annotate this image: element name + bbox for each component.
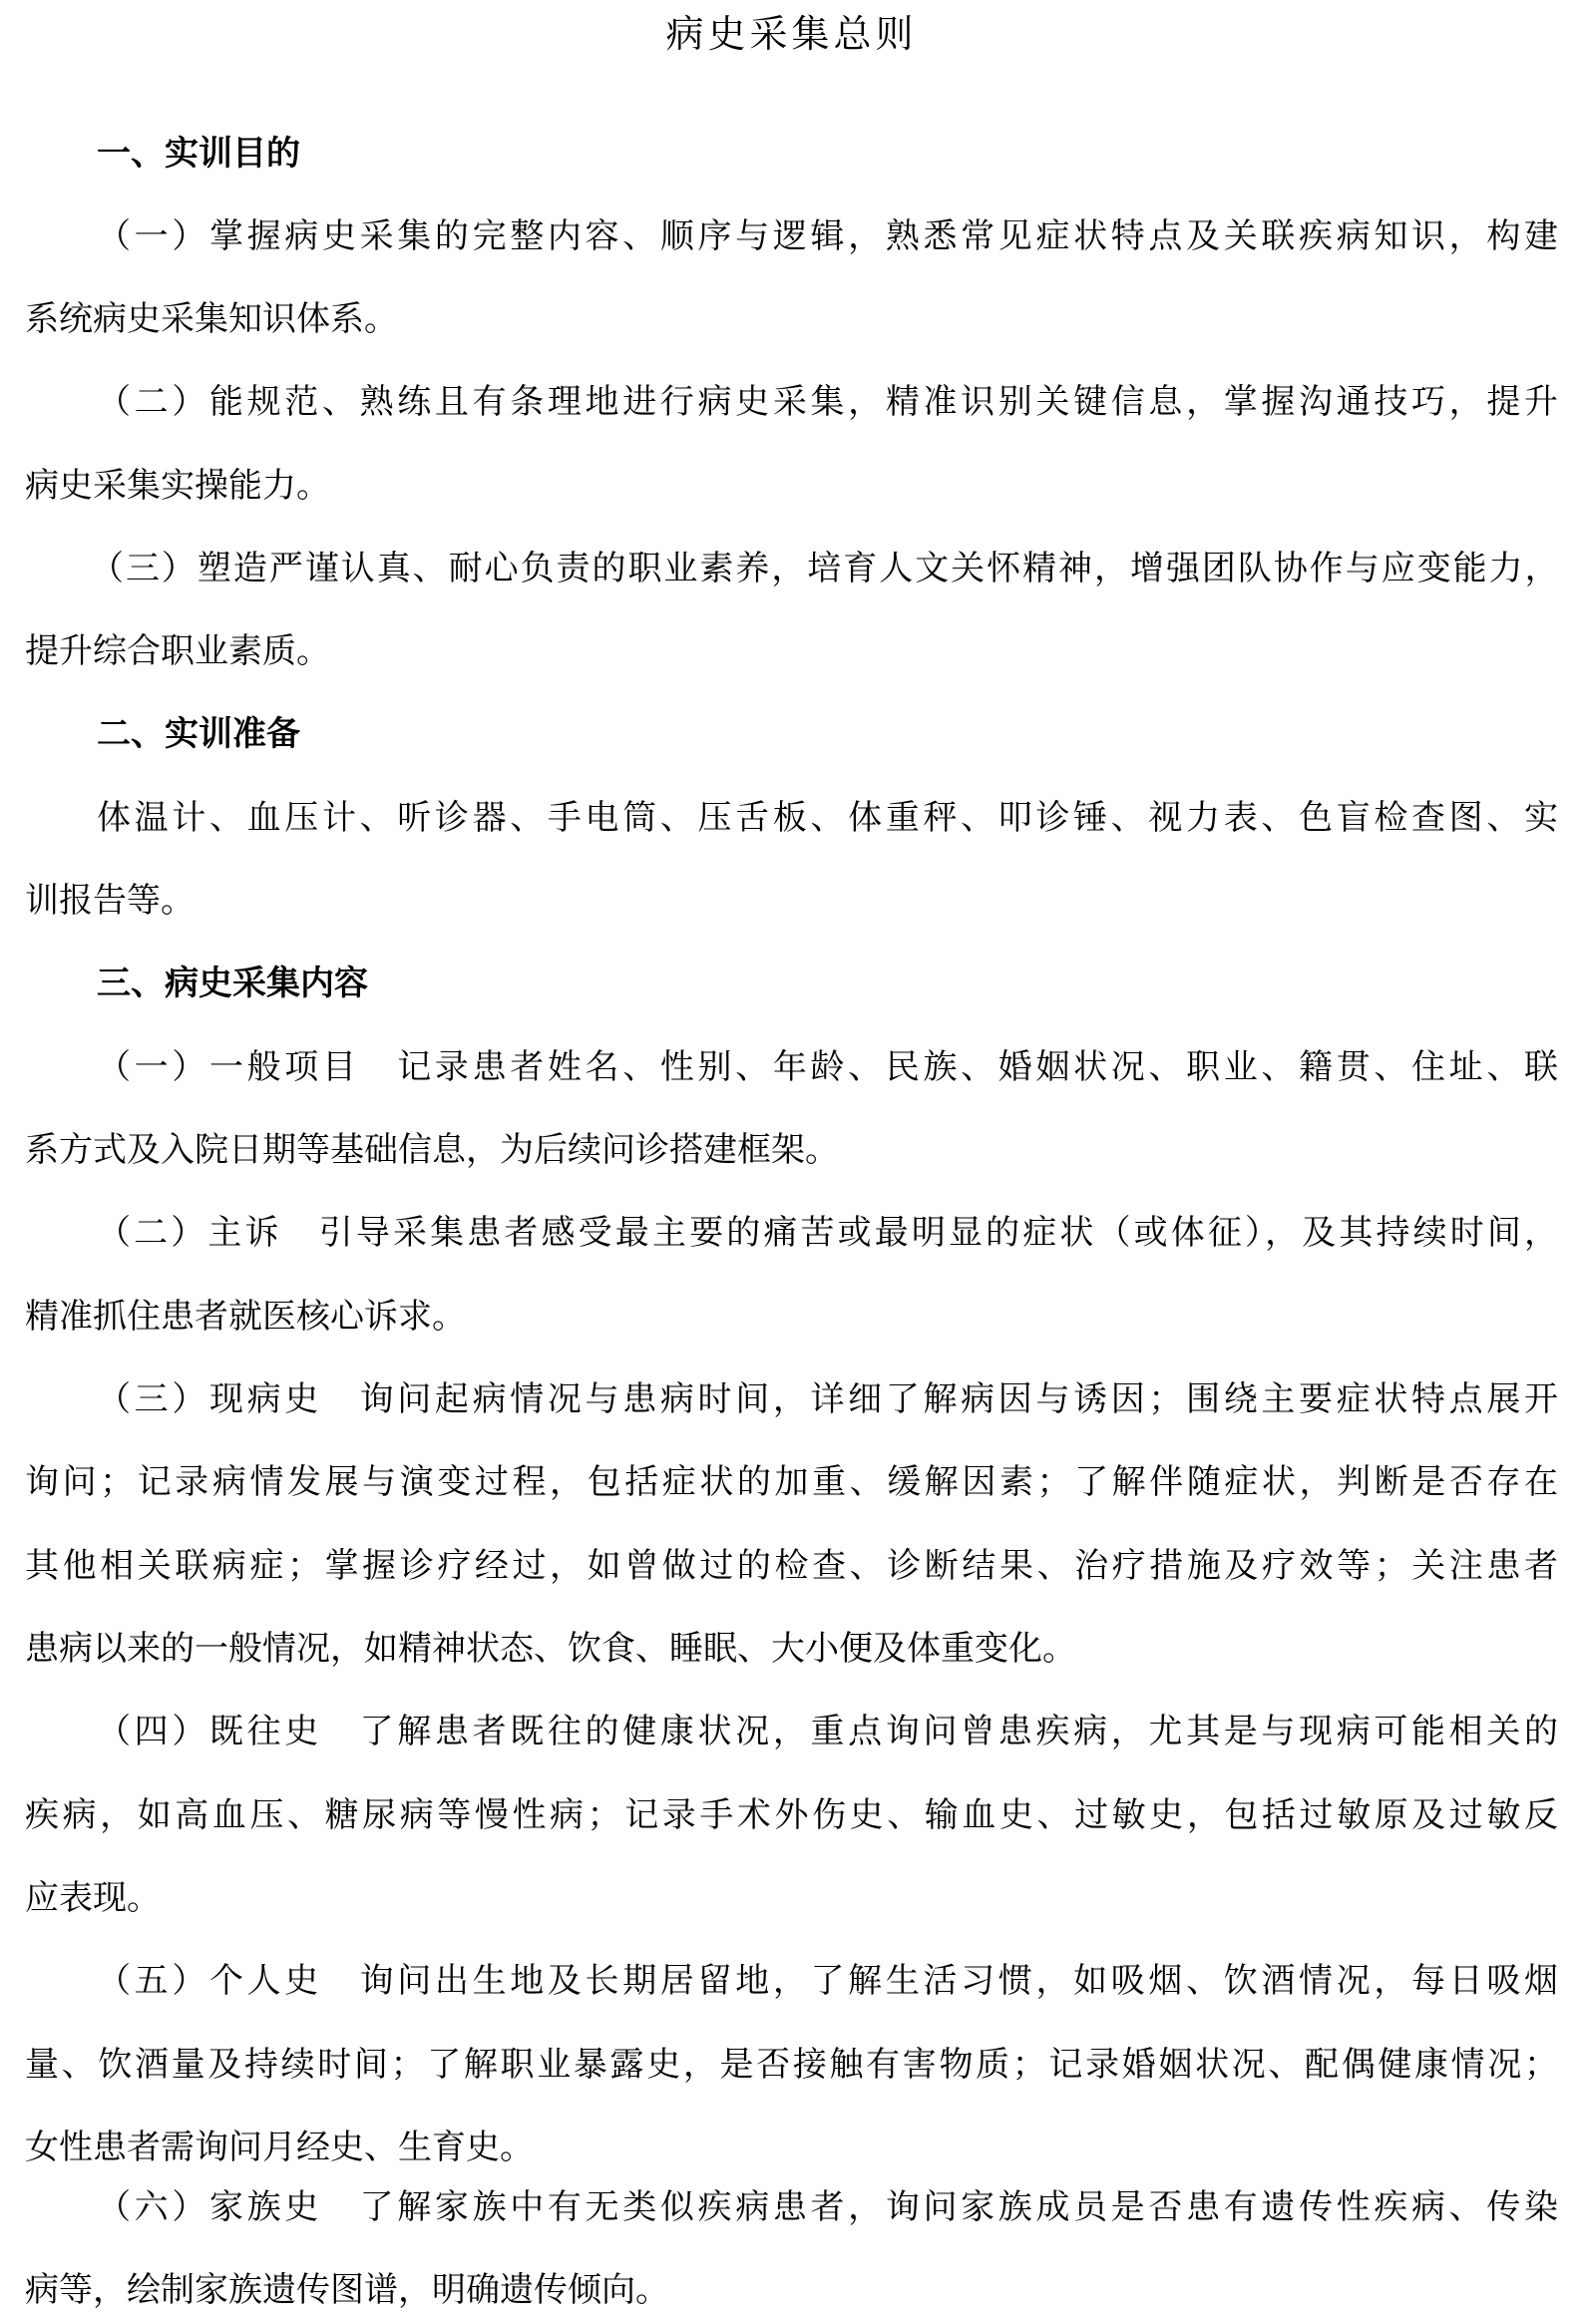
paragraph-line: 应表现。 (25, 1877, 1558, 1921)
subsection-general-items: （一）一般项目记录患者姓名、性别、年龄、民族、婚姻状况、职业、籍贯、住址、联 (97, 1046, 1558, 1090)
paragraph-line: 提升综合职业素质。 (25, 630, 1558, 674)
paragraph-line: 系方式及入院日期等基础信息，为后续问诊搭建框架。 (25, 1129, 1558, 1173)
paragraph-line: 询问；记录病情发展与演变过程，包括症状的加重、缓解因素；了解伴随症状，判断是否存… (25, 1461, 1558, 1505)
section-heading-history-content: 三、病史采集内容 (97, 963, 368, 1006)
subsection-text: 了解家族中有无类似疾病患者，询问家族成员是否患有遗传性疾病、传染 (356, 2189, 1558, 2226)
subsection-label: （三）现病史 (97, 1381, 322, 1418)
paragraph-line: 患病以来的一般情况，如精神状态、饮食、睡眠、大小便及体重变化。 (25, 1628, 1558, 1672)
paragraph-line: （一）掌握病史采集的完整内容、顺序与逻辑，熟悉常见症状特点及关联疾病知识，构建 (97, 215, 1558, 259)
subsection-chief-complaint: （二）主诉引导采集患者感受最主要的痛苦或最明显的症状（或体征），及其持续时间， (97, 1212, 1558, 1256)
subsection-label: （一）一般项目 (97, 1049, 360, 1086)
paragraph-line: （二）能规范、熟练且有条理地进行病史采集，精准识别关键信息，掌握沟通技巧，提升 (97, 381, 1558, 425)
subsection-family-history: （六）家族史了解家族中有无类似疾病患者，询问家族成员是否患有遗传性疾病、传染 (97, 2186, 1558, 2230)
subsection-present-illness: （三）现病史询问起病情况与患病时间，详细了解病因与诱因；围绕主要症状特点展开 (97, 1378, 1558, 1422)
paragraph-line: 病史采集实操能力。 (25, 465, 1558, 509)
subsection-label: （二）主诉 (97, 1215, 282, 1252)
paragraph-line: 病等，绘制家族遗传图谱，明确遗传倾向。 (25, 2269, 1558, 2313)
subsection-text: 询问出生地及长期居留地，了解生活习惯，如吸烟、饮酒情况，每日吸烟 (356, 1963, 1558, 2000)
paragraph-line: 量、饮酒量及持续时间；了解职业暴露史，是否接触有害物质；记录婚姻状况、配偶健康情… (25, 2044, 1558, 2088)
paragraph-line: 疾病，如高血压、糖尿病等慢性病；记录手术外伤史、输血史、过敏史，包括过敏原及过敏… (25, 1794, 1558, 1838)
paragraph-line: 体温计、血压计、听诊器、手电筒、压舌板、体重秤、叩诊锤、视力表、色盲检查图、实 (97, 797, 1558, 841)
paragraph-line: 女性患者需询问月经史、生育史。 (25, 2127, 1558, 2170)
paragraph-line: 精准抓住患者就医核心诉求。 (25, 1296, 1558, 1340)
subsection-past-history: （四）既往史了解患者既往的健康状况，重点询问曾患疾病，尤其是与现病可能相关的 (97, 1711, 1558, 1754)
subsection-text: 了解患者既往的健康状况，重点询问曾患疾病，尤其是与现病可能相关的 (356, 1714, 1558, 1750)
section-heading-training-goals: 一、实训目的 (97, 133, 300, 177)
paragraph-line: 其他相关联病症；掌握诊疗经过，如曾做过的检查、诊断结果、治疗措施及疗效等；关注患… (25, 1545, 1558, 1589)
page-title: 病史采集总则 (0, 12, 1583, 58)
subsection-text: 询问起病情况与患病时间，详细了解病因与诱因；围绕主要症状特点展开 (356, 1381, 1558, 1418)
subsection-label: （五）个人史 (97, 1963, 322, 2000)
paragraph-line: 训报告等。 (25, 880, 1558, 924)
paragraph-line: （三）塑造严谨认真、耐心负责的职业素养，培育人文关怀精神，增强团队协作与应变能力… (90, 548, 1558, 591)
subsection-label: （四）既往史 (97, 1714, 322, 1750)
subsection-text: 引导采集患者感受最主要的痛苦或最明显的症状（或体征），及其持续时间， (316, 1215, 1558, 1252)
subsection-label: （六）家族史 (97, 2189, 322, 2226)
subsection-text: 记录患者姓名、性别、年龄、民族、婚姻状况、职业、籍贯、住址、联 (394, 1049, 1558, 1086)
subsection-personal-history: （五）个人史询问出生地及长期居留地，了解生活习惯，如吸烟、饮酒情况，每日吸烟 (97, 1960, 1558, 2004)
section-heading-training-preparation: 二、实训准备 (97, 713, 300, 757)
paragraph-line: 系统病史采集知识体系。 (25, 298, 1558, 342)
